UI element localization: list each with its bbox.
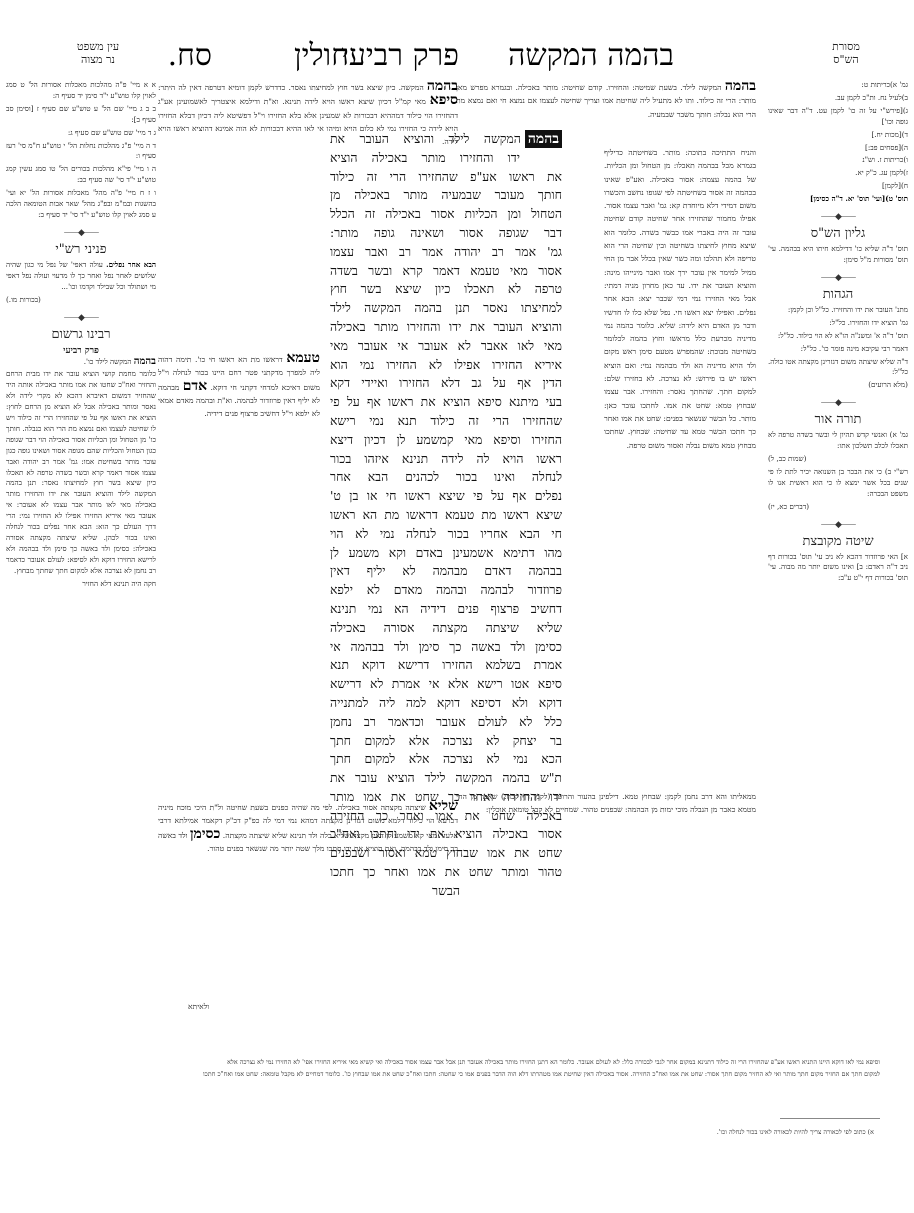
- divider-ornament-icon: ⸺◆⸺: [768, 519, 908, 531]
- gemara-line: דחשיב פרצוף פנים דידיה הא נמי תנינא: [330, 600, 562, 619]
- bottom-commentary-line: למקום חתך אם החזיר מקום חתך מותר ואי לא …: [40, 1068, 880, 1080]
- masoret-label-line2: הש"ס: [816, 53, 876, 66]
- gemara-line: בעי מיתנא סיפא הוציא את ראשו אף על פי: [330, 393, 562, 412]
- gilyon-hashas-text: תוס' ד"ה שליא כו' דדילמא חיתו היא בבהמה.…: [768, 244, 908, 266]
- tosafot-commentary-bottom: שליא שיצתה מקצתה אסור באכילה. לפי מה שהי…: [158, 800, 458, 990]
- gemara-line: פרוזדור לבהמה ובהמה מאדם לא ילפא: [330, 581, 562, 600]
- divider-ornament-icon: ⸺◆⸺: [6, 227, 156, 239]
- hagahot-entry: ד"ה שליא שיצתה משום דגזרינן מקצתה אטו כו…: [768, 357, 908, 379]
- ein-mishpat: א א מיי' פ"ה מהלכות מאכלות אסורות הל' ט …: [6, 80, 156, 221]
- gemara-opening-word: בהמה: [525, 130, 562, 148]
- divider-ornament-icon: ⸺◆⸺: [6, 312, 156, 324]
- rabbeinu-gershom-tail: חקה היה תנינא דלא החזיר: [6, 579, 156, 590]
- left-margin: א א מיי' פ"ה מהלכות מאכלות אסורות הל' ט …: [6, 80, 156, 966]
- rashi-commentary-bottom: ממאליתו והא דרב נחמן לקמן: שבחוץ טמא. די…: [456, 790, 756, 990]
- perek-label: פרק רביעי: [341, 38, 459, 74]
- tosafot-sifa-text: מאי קמ"ל דכיון שיצא ראשו הויא לידה תנינא…: [158, 97, 458, 146]
- folio-number: סח.: [168, 38, 212, 74]
- ein-mishpat-entry: ה ו מיי' פי"א מהלכות בכורים הל' טו סמג ע…: [6, 164, 156, 186]
- masoret-entry: ג)[פירש"י על זה כו' לקמן עט. ד"ה דבר שאי…: [768, 106, 908, 128]
- ein-mishpat-entry: ו ז ח מיי' פ"ה מהל' מאכלות אסורות הל' יא…: [6, 188, 156, 221]
- peninei-rashi-source: (בכורות מו.): [6, 295, 156, 306]
- tosafot-opening-text: המקשה. כיון שיצא בשר חוץ למחיצתו נאסר. כ…: [158, 83, 424, 92]
- gemara-line: ת"ש בהמה המקשה לילד הוציא עובר את: [330, 769, 562, 788]
- rashi-opening-word: בהמה: [725, 78, 756, 94]
- peninei-rashi: פניני רש"י הבא אחר נפלים. עולה דאפי' של …: [6, 241, 156, 306]
- gemara-line: לנחלה ואינו בכור לכהנים הבא אחר: [330, 468, 562, 487]
- gemara-line: בר יצחק לא נצרכה אלא למקום חתך: [330, 732, 562, 751]
- gemara-line: הכא נמי לא נצרכה אלא למקום חתך: [330, 750, 562, 769]
- footnote-rule: [780, 1118, 880, 1119]
- gemara-text: בהמההמקשה לילד והוציא העובר את ידו והחזי…: [330, 130, 562, 901]
- gemara-line: טרפה לא תאכלו כיון שיצא בשר חוץ: [330, 280, 562, 299]
- shitah-mekubetzet-text: א] האי פרוזדור דהכא לא ניב עי' תוס' בכור…: [768, 552, 908, 585]
- gemara-line: דבר שגופה אסור ושאינה גופה מותר:: [330, 224, 562, 243]
- ein-mishpat-entry: ג ד מיי' שם טוש"ע שם סעיף ג:: [6, 128, 156, 139]
- ein-mishpat-entry: א א מיי' פ"ה מהלכות מאכלות אסורות הל' ט …: [6, 80, 156, 102]
- gemara-line: מאי לאו אאבר לא אעובר אי אעובר מאי: [330, 337, 562, 356]
- hagahot-entry: גמ' הוציא ידו והחזירו. כל"ל:: [768, 318, 908, 329]
- footnote: א) כתוב לפי לכאורה צריך להיות לכאורה לאי…: [717, 1128, 874, 1136]
- gemara-line: הטחול ומן הכליות אסור באכילה זה הכלל: [330, 205, 562, 224]
- gilyon-hashas: גליון הש"ס תוס' ד"ה שליא כו' דדילמא חיתו…: [768, 225, 908, 266]
- hagahot: הגהות מתנ' העובר את ידו והחזירו. כל"ל וכ…: [768, 286, 908, 391]
- shitah-mekubetzet: שיטה מקובצת א] האי פרוזדור דהכא לא ניב ע…: [768, 533, 908, 585]
- rabbeinu-gershom-opening-text: המקשה לילד כו'.: [84, 357, 132, 366]
- gemara-line: למחיצתו נאסר תנן בהמה המקשה לילד: [330, 299, 562, 318]
- right-margin: גמ' א)כריתות ט: ב)לעיל נח. ות"כ לקמן עב.…: [768, 80, 908, 586]
- gemara-line: ראשו הויא לה לידה תנינא איזהו בכור: [330, 450, 562, 469]
- gemara-line: מהו דתימא אשמעינן באדם וקא משמע לן: [330, 544, 562, 563]
- masoret-entry: ז)לקמן עג. כ"ק יא.: [768, 168, 908, 179]
- gemara-line: אסור מאי טעמא דאמר קרא ובשר בשדה: [330, 262, 562, 281]
- tosafot-commentary-side: טעמא דראשו מת הא ראשו חי כו'. תימה דהוה …: [158, 352, 320, 802]
- tosafot-simman-word: כסימן: [190, 826, 220, 842]
- torah-or-rashi-source: (דברים כא, יז): [768, 502, 908, 513]
- tosafot-tum-word: טעמא: [286, 352, 320, 366]
- hagahot-entry: מתנ' העובר את ידו והחזירו. כל"ל וכן לקמן…: [768, 305, 908, 316]
- rabbeinu-gershom-title: רבינו גרשום: [6, 326, 156, 343]
- masoret-entry: ה)[פסחים פב:]: [768, 143, 908, 154]
- masoret-entry: ד)[מכות יח.]: [768, 130, 908, 141]
- gemara-line: אמרת בשלמא החזירו דרישא דוקא תנא: [330, 656, 562, 675]
- chapter-name: בהמה המקשה: [508, 38, 674, 74]
- gemara-line: כלל לא לעולם אעובר וכדאמר רב נחמן: [330, 713, 562, 732]
- rashi-body-text: והניח התתיכה בתוכה: מותר. בשחיטתה כדיליף…: [604, 148, 756, 450]
- hagahot-source: (מלא הרועים): [768, 380, 908, 391]
- masoret-entry: ח)[לקמן]: [768, 181, 908, 192]
- gemara-line: כסימן ולד באשה כך סימן ולד בבהמה אי: [330, 638, 562, 657]
- gemara-line: סיפא אטו רישא אלא אי אמרת לא דרישא: [330, 675, 562, 694]
- divider-ornament-icon: ⸺◆⸺: [768, 272, 908, 284]
- rashi-tail-text: ממאליתו והא דרב נחמן לקמן: שבחוץ טמא. די…: [456, 792, 756, 814]
- gemara-line: נפלים אף על פי שיצא ראשו חי או בן ט': [330, 487, 562, 506]
- masoret-hashas: גמ' א)כריתות ט: ב)לעיל נח. ות"כ לקמן עב.…: [768, 80, 908, 205]
- gemara-line: הדין אף על גב דלא החזירו ואיידי דקא: [330, 374, 562, 393]
- gemara-line: את ראשו אע"פ שהחזירו הרי זה כילוד: [330, 168, 562, 187]
- tosafot-commentary-top: בהמה המקשה. כיון שיצא בשר חוץ למחיצתו נא…: [158, 80, 458, 148]
- masoret-entry: ב)לעיל נח. ות"כ לקמן עב.: [768, 93, 908, 104]
- ein-mishpat-line2: נר מצוה: [58, 53, 138, 66]
- gemara-line: והוציא העובר את ידו והחזירו מותר באכילה: [330, 318, 562, 337]
- torah-or-gemara-ref: גמ' א) ואנשי קדש תהיון לי ובשר בשדה טרפה…: [768, 430, 908, 452]
- page-header: מסורת הש"ס בהמה המקשה פרק רביעי חולין סח…: [0, 38, 914, 78]
- gemara-line: חותך מעובר שבמעיה מותר באכילה מן: [330, 186, 562, 205]
- tosafot-sifa-word: סיפא: [430, 92, 458, 108]
- masoret-label-line1: מסורת: [816, 40, 876, 53]
- rashi-commentary: בהמה המקשה לילד. בשעת שמיטה: והחזירו. קו…: [456, 80, 756, 121]
- tractate-name: חולין: [294, 38, 349, 74]
- tosafot-adam-word: אדם: [183, 378, 207, 394]
- masoret-entry: ו)כריתות ז. וש"נ: [768, 155, 908, 166]
- torah-or: תורה אור גמ' א) ואנשי קדש תהיון לי ובשר …: [768, 411, 908, 512]
- bottom-commentary: וסיפא נמי לאו דוקא היינו התניא ראשו אע"פ…: [40, 1056, 880, 1080]
- tosafot-last-word: ולאיתא: [158, 1000, 758, 1013]
- gemara-line: בבהמה דאדם מבהמה לא יליף דאין: [330, 562, 562, 581]
- peninei-rashi-dibbur: הבא אחר נפלים.: [106, 260, 156, 269]
- tosafot-shilya-word: שליא: [429, 800, 458, 814]
- ein-mishpat-label: עין משפט נר מצוה: [58, 40, 138, 66]
- gemara-line: גמ' אמר רב יהודה אמר רב ואבר עצמו: [330, 243, 562, 262]
- masoret-hashas-label: מסורת הש"ס: [816, 40, 876, 66]
- hagahot-entry: תוס' ד"ה א' ומשנ"ה הו"א לא הוי כילוד. כל…: [768, 331, 908, 342]
- torah-or-rashi-ref: רש"י ב) כי את הבכר בן השנואה יכיר לתת לו…: [768, 467, 908, 500]
- rabbeinu-gershom: רבינו גרשום פרק רביעי בהמה המקשה לילד כו…: [6, 326, 156, 966]
- rabbeinu-gershom-opening-word: בהמה: [134, 356, 156, 367]
- hagahot-entry: דאמר רבי עקיבא מינה פומר כו'. כל"ל:: [768, 344, 908, 355]
- divider-ornament-icon: ⸺◆⸺: [768, 397, 908, 409]
- masoret-entry: תוס' ט)[ועי' תוס' יא. ד"ה כסימן]: [768, 194, 908, 205]
- ein-mishpat-entry: ב ב ג מיי' שם הל' ע טוש"ע שם סעיף ז [וסי…: [6, 104, 156, 126]
- ein-mishpat-entry: ד ה מיי' פ"ג מהלכות נחלות הל' י טוש"ע ח"…: [6, 141, 156, 163]
- shitah-mekubetzet-title: שיטה מקובצת: [768, 533, 908, 550]
- gemara-line: דוקא ולא דסיפא דוקא למה ליה למתנייה: [330, 694, 562, 713]
- gemara-line: חי הבא אחריו בכור לנחלה נמי לא הוי: [330, 525, 562, 544]
- torah-or-gemara-source: (שמות כב, ל): [768, 454, 908, 465]
- gemara-line: ידו והחזירו מותר באכילה הוציא: [330, 149, 562, 168]
- divider-ornament-icon: ⸺◆⸺: [768, 211, 908, 223]
- rabbeinu-gershom-text: כלומר מחמת קושי הוציא עובר את ידו מבית ה…: [6, 369, 156, 576]
- gemara-line: שיצא ראשו מת טעמא דראשו מת הא ראשו: [330, 506, 562, 525]
- talmud-page: מסורת הש"ס בהמה המקשה פרק רביעי חולין סח…: [0, 0, 914, 1213]
- gilyon-hashas-title: גליון הש"ס: [768, 225, 908, 242]
- hagahot-title: הגהות: [768, 286, 908, 303]
- commentary-tail: ולאיתא: [158, 1000, 758, 1040]
- gemara-line: איריא החזירו אפילו לא החזירו נמי הוא: [330, 356, 562, 375]
- gemara-line: שהחזירו הרי זה כילוד תנא נמי רישא: [330, 412, 562, 431]
- gemara-line: שליא שיצתה מקצתה אסורה באכילה: [330, 619, 562, 638]
- ein-mishpat-line1: עין משפט: [58, 40, 138, 53]
- torah-or-title: תורה אור: [768, 411, 908, 428]
- peninei-rashi-title: פניני רש"י: [6, 241, 156, 258]
- gemara-line: החזירו וסיפא מאי קמשמע לן דכיון דיצא: [330, 431, 562, 450]
- bottom-commentary-line: וסיפא נמי לאו דוקא היינו התניא ראשו אע"פ…: [40, 1056, 880, 1068]
- masoret-entry: גמ' א)כריתות ט:: [768, 80, 908, 91]
- rashi-top-text: המקשה לילד. בשעת שמיטה: והחזירו. קודם שח…: [456, 83, 756, 119]
